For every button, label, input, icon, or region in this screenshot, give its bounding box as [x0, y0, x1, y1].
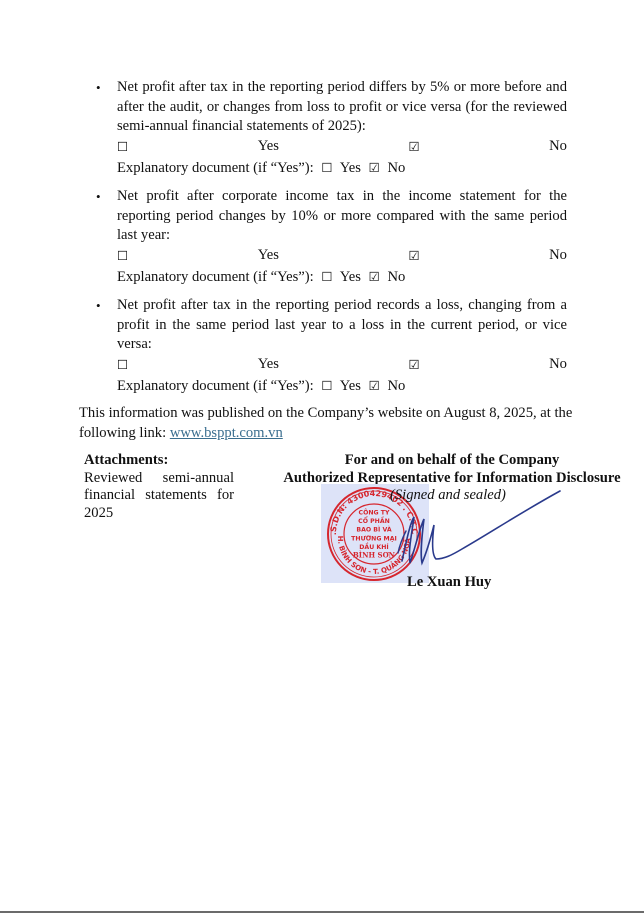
svg-text:CÔNG TY: CÔNG TY	[359, 508, 390, 517]
publication-notice: This information was published on the Co…	[79, 404, 579, 443]
explanatory-no-label: No	[387, 378, 405, 394]
explanatory-yes-label: Yes	[340, 160, 361, 176]
disclosure-question: Net profit after tax in the reporting pe…	[117, 78, 567, 137]
explanatory-no-checkbox-checked[interactable]: ☑	[369, 160, 380, 175]
signer-name: Le Xuan Huy	[407, 573, 491, 593]
explanatory-yes-checkbox[interactable]: ☐	[321, 378, 332, 393]
explanatory-yes-label: Yes	[340, 378, 361, 394]
explanatory-yes-checkbox[interactable]: ☐	[321, 269, 332, 284]
yes-checkbox[interactable]: ☐	[117, 246, 128, 266]
explanatory-document-row: Explanatory document (if “Yes”): ☐ Yes ☑…	[117, 158, 567, 180]
yes-label: Yes	[258, 355, 279, 375]
disclosure-item-loss-reversal: • Net profit after tax in the reporting …	[96, 296, 568, 398]
explanatory-document-row: Explanatory document (if “Yes”): ☐ Yes ☑…	[117, 376, 567, 398]
no-checkbox-checked[interactable]: ☑	[408, 246, 419, 266]
no-checkbox-checked[interactable]: ☑	[408, 137, 419, 157]
bullet-icon: •	[96, 78, 101, 98]
explanatory-no-checkbox-checked[interactable]: ☑	[369, 269, 380, 284]
signature-header: For and on behalf of the Company Authori…	[272, 452, 632, 487]
explanatory-yes-checkbox[interactable]: ☐	[321, 160, 332, 175]
explanatory-no-label: No	[387, 269, 405, 285]
no-label: No	[549, 246, 567, 266]
yes-checkbox[interactable]: ☐	[117, 355, 128, 375]
yes-no-row: ☐ Yes ☑ No	[117, 246, 567, 267]
attachments-title: Attachments:	[84, 452, 234, 470]
yes-label: Yes	[258, 246, 279, 266]
yes-label: Yes	[258, 137, 279, 157]
explanatory-yes-label: Yes	[340, 269, 361, 285]
bullet-icon: •	[96, 187, 101, 207]
yes-no-row: ☐ Yes ☑ No	[117, 355, 567, 376]
signature-line-1: For and on behalf of the Company	[272, 452, 632, 470]
no-label: No	[549, 137, 567, 157]
disclosure-question: Net profit after tax in the reporting pe…	[117, 296, 567, 355]
explanatory-no-label: No	[387, 160, 405, 176]
explanatory-document-row: Explanatory document (if “Yes”): ☐ Yes ☑…	[117, 267, 567, 289]
no-label: No	[549, 355, 567, 375]
publication-text: This information was published on the Co…	[79, 405, 572, 441]
disclosure-item-audit-difference: • Net profit after tax in the reporting …	[96, 78, 568, 180]
yes-checkbox[interactable]: ☐	[117, 137, 128, 157]
page-bottom-border	[0, 911, 644, 913]
svg-text:DẦU KHÍ: DẦU KHÍ	[359, 541, 389, 551]
handwritten-signature-icon	[390, 483, 570, 573]
attachments-section: Attachments: Reviewed semi-annual financ…	[84, 452, 234, 522]
explanatory-label: Explanatory document (if “Yes”):	[117, 269, 314, 285]
svg-text:BAO BÌ VÀ: BAO BÌ VÀ	[356, 525, 391, 534]
explanatory-label: Explanatory document (if “Yes”):	[117, 378, 314, 394]
yes-no-row: ☐ Yes ☑ No	[117, 137, 567, 158]
disclosure-item-yoy-change: • Net profit after corporate income tax …	[96, 187, 568, 289]
company-website-link[interactable]: www.bsppt.com.vn	[170, 425, 283, 441]
disclosure-question: Net profit after corporate income tax in…	[117, 187, 567, 246]
explanatory-no-checkbox-checked[interactable]: ☑	[369, 378, 380, 393]
attachments-text: Reviewed semi-annual financial statement…	[84, 470, 234, 523]
bullet-icon: •	[96, 296, 101, 316]
explanatory-label: Explanatory document (if “Yes”):	[117, 160, 314, 176]
no-checkbox-checked[interactable]: ☑	[408, 355, 419, 375]
svg-text:CỔ PHẦN: CỔ PHẦN	[358, 515, 390, 525]
